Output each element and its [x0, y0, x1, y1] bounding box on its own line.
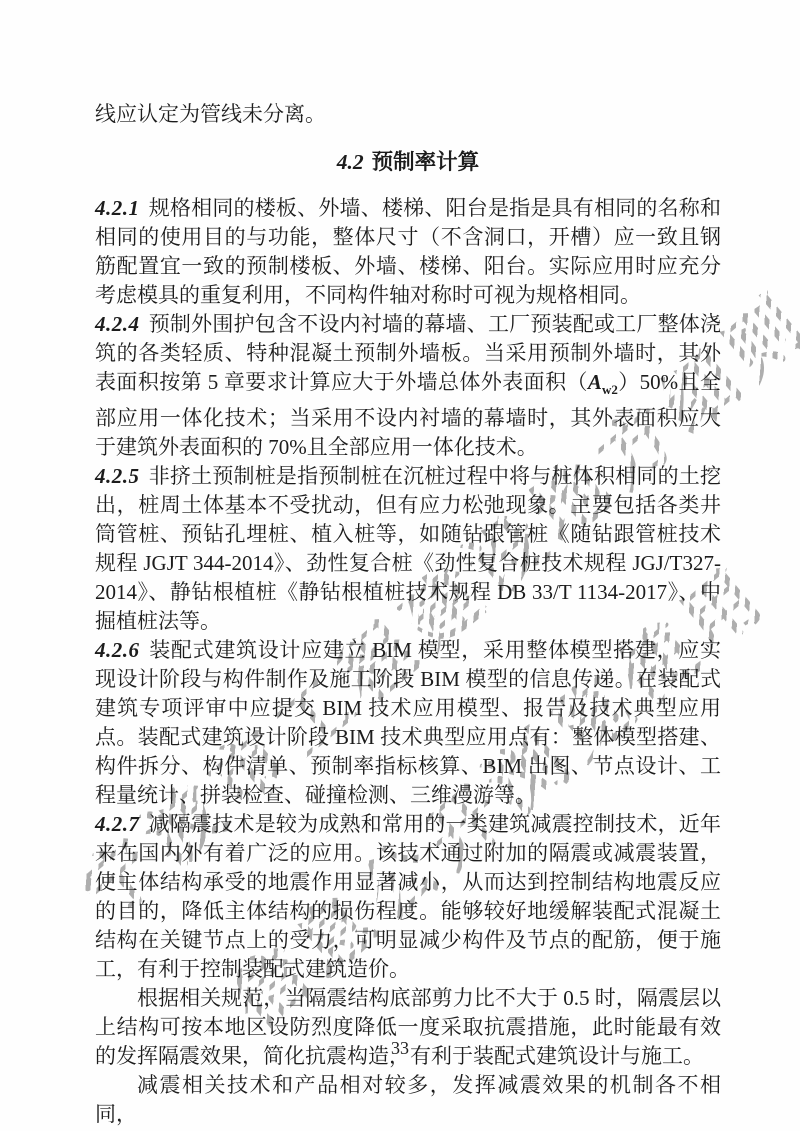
formula-variable-subscript: w2: [602, 382, 618, 397]
clause-text: 非挤土预制桩是指预制桩在沉桩过程中将与桩体积相同的土挖出，桩周土体基本不受扰动，…: [95, 464, 721, 633]
clause-paragraph-4-2-6: 4.2.6装配式建筑设计应建立 BIM 模型，采用整体模型搭建，应实现设计阶段与…: [95, 636, 721, 810]
clause-number: 4.2.5: [95, 464, 140, 488]
clause-number: 4.2.4: [95, 312, 140, 336]
clause-paragraph-4-2-1: 4.2.1规格相同的楼板、外墙、楼梯、阳台是指是具有相同的名称和相同的使用目的与…: [95, 194, 721, 310]
section-heading-title: 预制率计算: [372, 150, 480, 174]
clause-text: 减隔震技术是较为成熟和常用的一类建筑减震控制技术，近年来在国内外有着广泛的应用。…: [95, 812, 721, 981]
clause-paragraph-4-2-7: 4.2.7减隔震技术是较为成熟和常用的一类建筑减震控制技术，近年来在国内外有着广…: [95, 810, 721, 984]
section-heading-number: 4.2: [337, 150, 364, 174]
page-content: 线应认定为管线未分离。 4.2预制率计算 4.2.1规格相同的楼板、外墙、楼梯、…: [95, 100, 721, 1129]
clause-text: 装配式建筑设计应建立 BIM 模型，采用整体模型搭建，应实现设计阶段与构件制作及…: [95, 638, 721, 807]
clause-number: 4.2.6: [95, 638, 140, 662]
clause-paragraph-4-2-5: 4.2.5非挤土预制桩是指预制桩在沉桩过程中将与桩体积相同的土挖出，桩周土体基本…: [95, 462, 721, 636]
body-paragraph: 减震相关技术和产品相对较多，发挥减震效果的机制各不相同，: [95, 1071, 721, 1129]
clause-number: 4.2.1: [95, 196, 140, 220]
formula-variable: A: [588, 370, 602, 394]
carryover-paragraph: 线应认定为管线未分离。: [95, 100, 721, 129]
clause-paragraph-4-2-4: 4.2.4预制外围护包含不设内衬墙的幕墙、工厂预装配或工厂整体浇筑的各类轻质、特…: [95, 310, 721, 462]
page-number: 33: [0, 1038, 800, 1059]
clause-number: 4.2.7: [95, 812, 140, 836]
document-page: 宁波市工程建设地方细则 信息公开浏览使用 线应认定为管线未分离。 4.2预制率计…: [0, 0, 800, 1131]
section-heading: 4.2预制率计算: [95, 148, 721, 177]
clause-text: 规格相同的楼板、外墙、楼梯、阳台是指是具有相同的名称和相同的使用目的与功能，整体…: [95, 196, 721, 307]
